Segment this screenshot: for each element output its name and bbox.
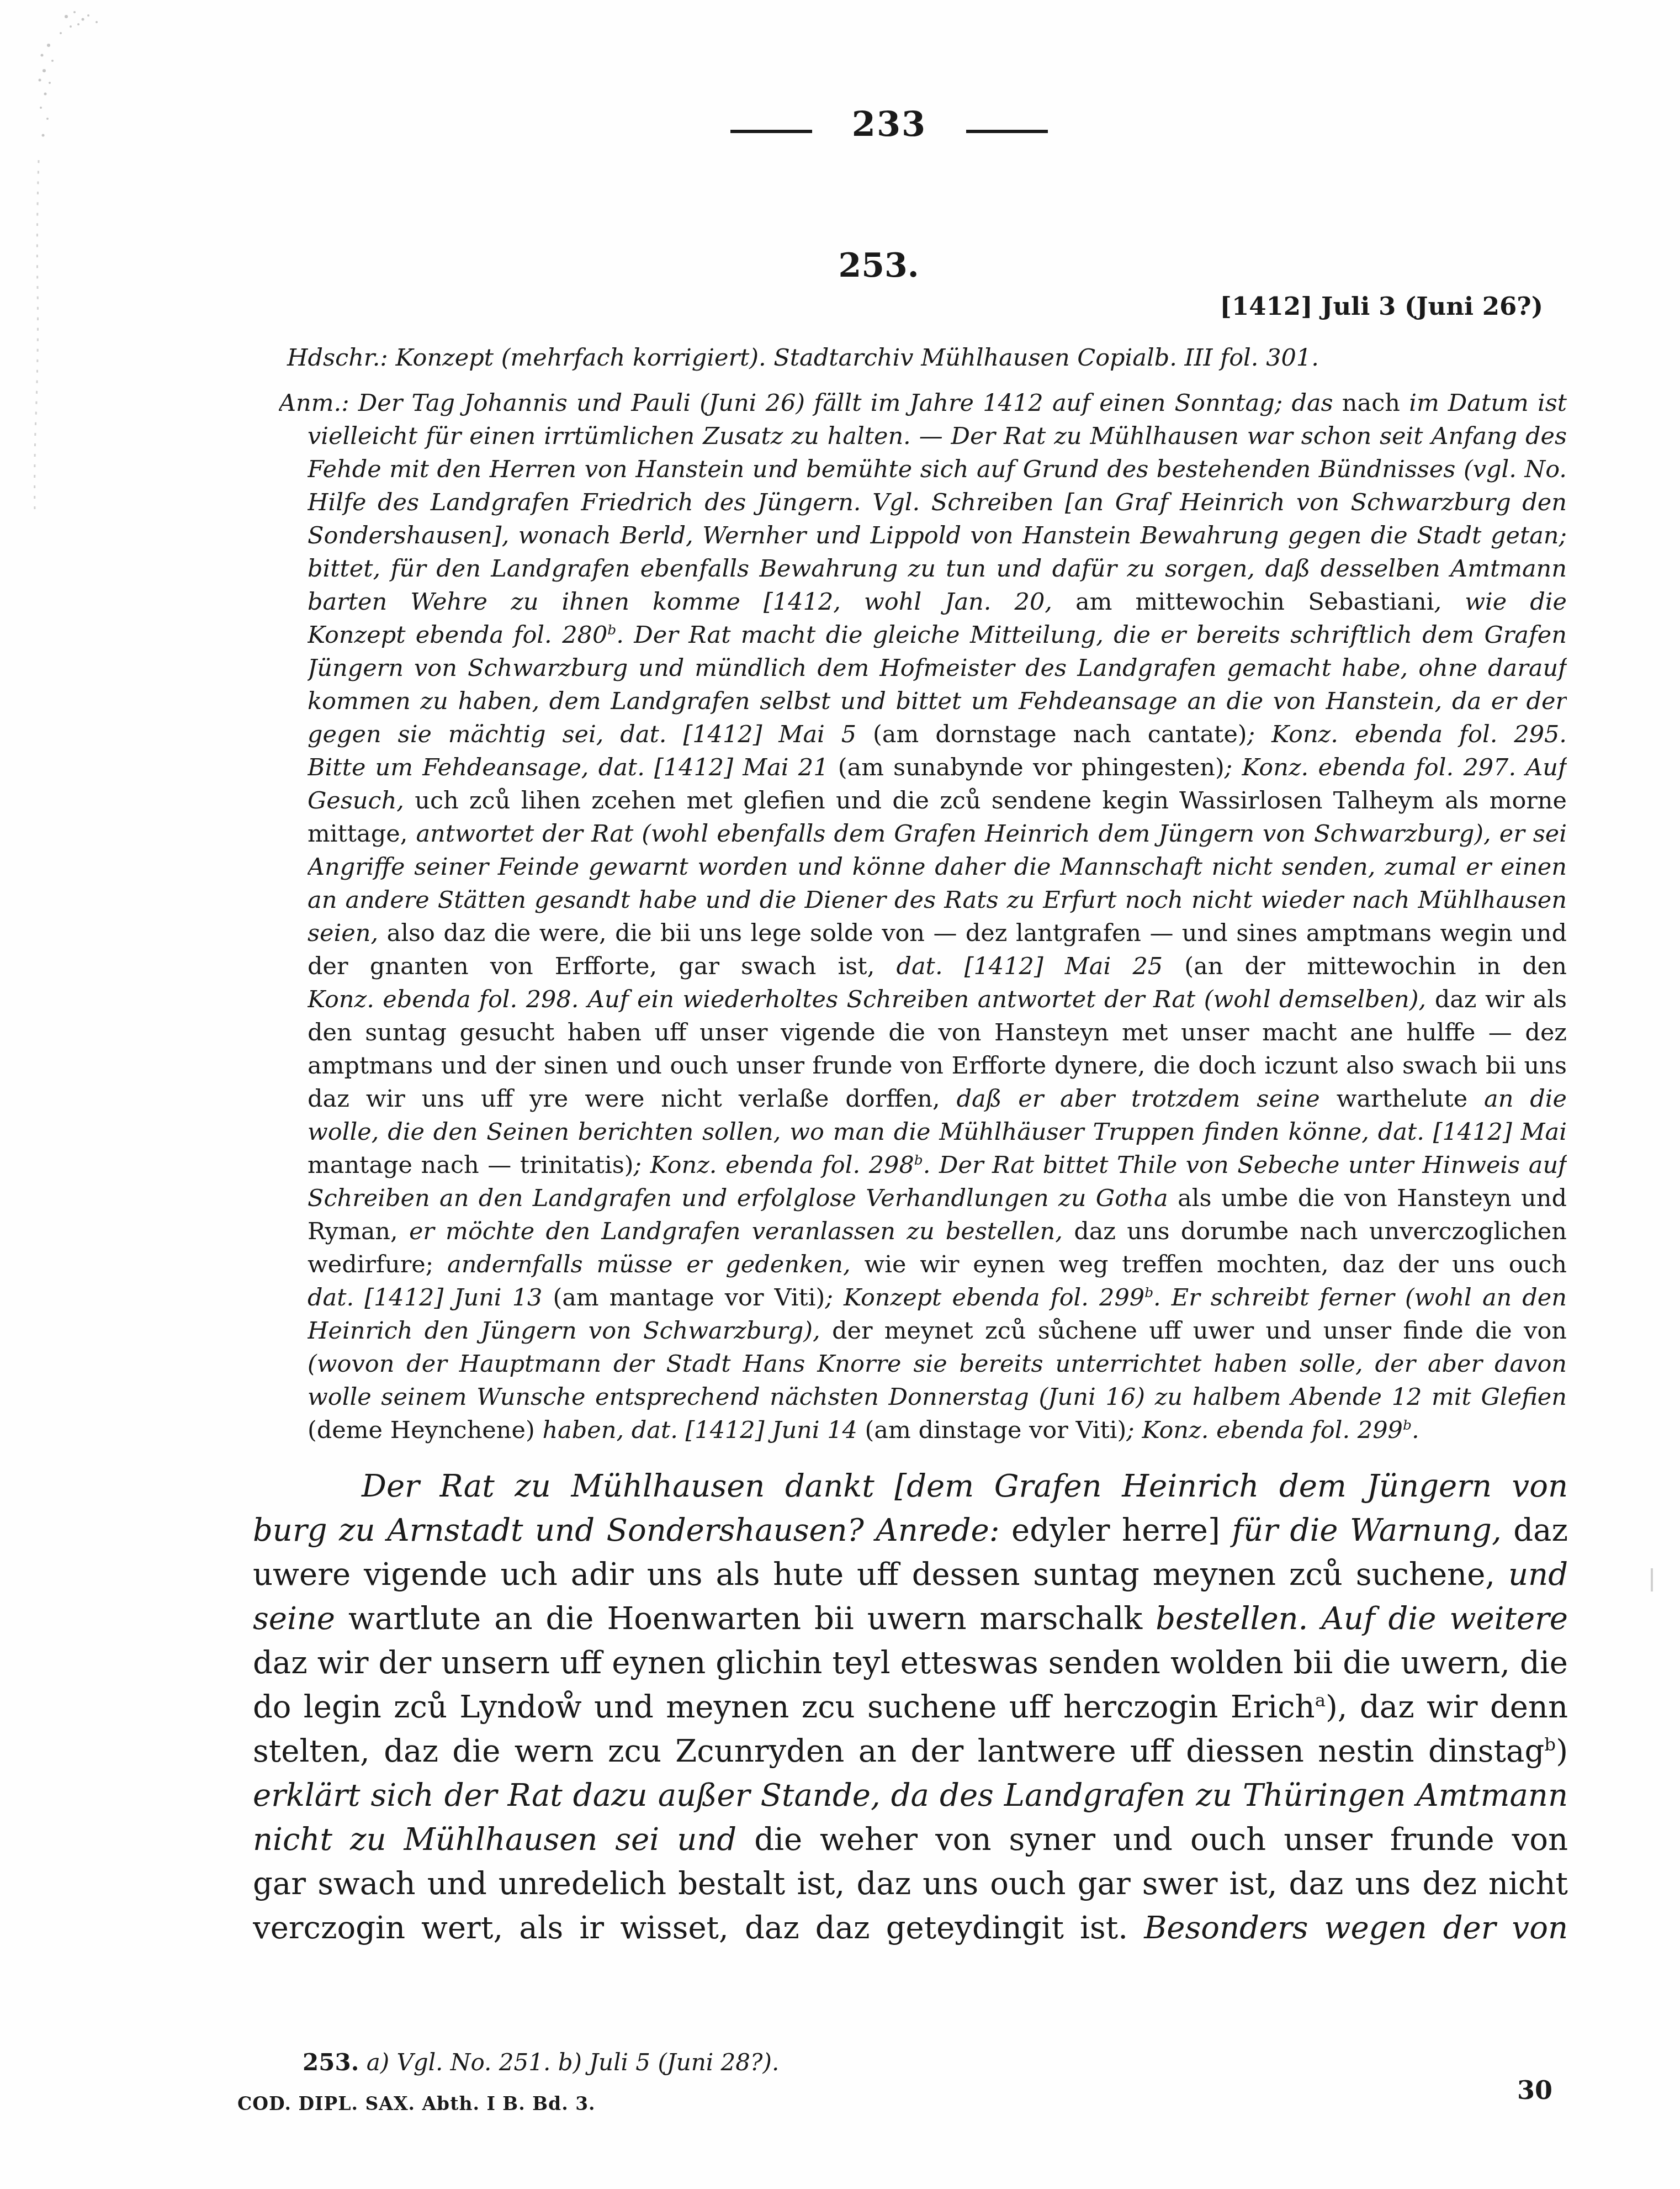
text-segment: b [914,1152,923,1168]
letter-text-line: nicht zu Mühlhausen sei und die weher vo… [253,1818,1568,1862]
text-segment: Angriffe seiner Feinde gewarnt worden un… [308,853,1567,884]
series-imprint: COD. DIPL. SAX. Abth. I B. Bd. 3. [237,2093,596,2114]
text-segment: ; Konz. ebenda fol. 299 [1126,1416,1403,1444]
text-segment: stelten, daz die wern zcu Zcunryden an d… [253,1733,1544,1769]
annotation-line: 10barten Wehre zu ihnen komme [1412, woh… [308,585,1567,618]
text-segment: (am mantage vor Viti) [553,1284,825,1312]
hdschr-line: Hdschr.: Konzept (mehrfach korrigiert). … [287,342,1573,373]
text-segment: also daz die were, die bii uns lege sold… [308,919,1567,950]
text-segment: für die Warnung, [1220,1513,1513,1548]
annotation-line: der gnanten von Erfforte, gar swach ist,… [308,950,1567,983]
text-segment: mantage nach — trinitatis) [308,1151,634,1179]
annotation-line: 5vielleicht für einen irrtümlichen Zusat… [308,420,1567,453]
annotation-line: wolle seinem Wunsche entsprechend nächst… [308,1381,1567,1414]
text-segment: dat. [1412] Mai 25 [896,953,1184,980]
annotation-line: Gesuch, uch zců lihen zcehen met glefien… [308,784,1567,817]
annotation-line: Ryman, er möchte den Landgrafen veranlas… [308,1215,1567,1248]
letter-text-line: stelten, daz die wern zcu Zcunryden an d… [253,1730,1568,1774]
text-segment: a) Vgl. No. 251. b) Juli 5 (Juni 28?). [359,2049,779,2076]
annotation-line: dat. [1412] Juni 13 (am mantage vor Viti… [308,1281,1567,1314]
text-segment: ; Konz. ebenda fol. 298 [634,1151,914,1179]
text-segment: antwortet der Rat (wohl ebenfalls dem Gr… [308,820,1567,850]
text-segment: Gesuch, [308,787,415,815]
text-segment: . [1412,1416,1419,1444]
letter-text-line: Der Rat zu Mühlhausen dankt [dem Grafen … [253,1464,1568,1509]
text-segment: er möchte den Landgrafen veranlassen zu … [409,1218,1074,1245]
document-date: [1412] Juli 3 (Juni 26?) [1220,292,1543,321]
text-segment: bittet, für den Landgrafen ebenfalls Bew… [308,555,1567,585]
letter-text-line: 40daz wir der unsern uff eynen glichin t… [253,1641,1568,1685]
text-segment: daß er aber trotzdem seine [957,1085,1337,1113]
letter-text-block: Der Rat zu Mühlhausen dankt [dem Grafen … [253,1464,1568,1950]
scanned-book-page: 233 253. [1412] Juli 3 (Juni 26?) Hdschr… [0,0,1680,2189]
text-segment: (wovon der Hauptmann der Stadt Hans Knor… [308,1350,1567,1381]
annotation-line: Angriffe seiner Feinde gewarnt worden un… [308,850,1567,884]
text-segment: andernfalls müsse er gedenken, [447,1251,865,1278]
annotation-line: Sondershausen], wonach Berld, Wernher un… [308,519,1567,552]
text-segment: kommen zu haben, dem Landgrafen selbst u… [308,688,1567,718]
text-segment: b [607,622,616,638]
head-rule-left [730,130,812,133]
text-segment: Ryman, [308,1218,409,1245]
text-segment: Konzept ebenda fol. 280 [308,621,607,649]
text-segment: Jüngern von Schwarzburg und mündlich dem… [308,654,1567,685]
text-segment: (am dornstage nach cantate) [873,721,1247,748]
text-segment: b [1144,1284,1153,1300]
sheet-number: 30 [1517,2075,1552,2105]
annotation-line: gegen sie mächtig sei, dat. [1412] Mai 5… [308,718,1567,751]
text-segment: erklärt sich der Rat dazu außer Stande, … [253,1778,1568,1818]
text-segment: (am sunabynde vor phingesten) [838,754,1225,781]
annotation-line: Konzept ebenda fol. 280b. Der Rat macht … [308,618,1567,652]
text-segment: Schreiben an den Landgrafen und erfolglo… [308,1185,1178,1212]
annotation-line: 30wedirfure; andernfalls müsse er gedenk… [308,1248,1567,1281]
letter-text-line: 45gar swach und unredelich bestalt ist, … [253,1862,1568,1906]
letter-text-line: erklärt sich der Rat dazu außer Stande, … [253,1774,1568,1818]
text-segment: an die [1484,1085,1567,1113]
text-segment: nach [1342,389,1400,417]
letter-text-line: do legin zců Lyndoẘ und meynen zcu suche… [253,1685,1568,1730]
annotation-line: wolle, die den Seinen berichten sollen, … [308,1115,1567,1149]
annotation-line: Fehde mit den Herren von Hanstein und be… [308,453,1567,486]
text-segment: seien, [308,919,387,947]
text-segment: vielleicht für einen irrtümlichen Zusatz… [308,422,1567,453]
text-segment: Bitte um Fehdeansage, dat. [1412] Mai 21 [308,754,838,781]
text-segment: mittage, [308,820,416,848]
text-segment: b [1544,1734,1556,1755]
text-segment: burg zu Arnstadt und Sondershausen? Anre… [253,1513,1011,1548]
letter-text-line: uwere vigende uch adir uns als hute uff … [253,1553,1568,1597]
text-segment: wartlute an die Hoenwarten bii uwern mar… [348,1601,1156,1637]
annotation-line: an andere Stätten gesandt habe und die D… [308,884,1567,917]
text-segment: Fehde mit den Herren von Hanstein und be… [308,456,1567,486]
text-segment: amptmans und der sinen und ouch unser fr… [308,1052,1567,1082]
text-segment: daz [1513,1513,1568,1548]
text-segment: den suntag gesucht haben uff unser vigen… [308,1019,1567,1049]
text-segment: wolle, die den Seinen berichten sollen, … [308,1118,1567,1149]
annotation-line: Heinrich den Jüngern von Schwarzburg), d… [308,1314,1567,1347]
text-segment: gar swach und unredelich bestalt ist, da… [253,1866,1568,1906]
letter-text-line: seine wartlute an die Hoenwarten bii uwe… [253,1597,1568,1641]
annotation-line: 20seien, also daz die were, die bii uns … [308,917,1567,950]
text-segment: Hilfe des Landgrafen Friedrich des Jünge… [308,489,1567,519]
page-number-233: 233 [852,104,926,144]
annotation-line: (wovon der Hauptmann der Stadt Hans Knor… [308,1347,1567,1381]
text-segment: do legin zců Lyndoẘ und meynen zcu suche… [253,1689,1315,1725]
text-segment: dat. [1412] Juni 13 [308,1284,553,1312]
text-segment: seine [253,1601,348,1637]
annotation-line: Jüngern von Schwarzburg und mündlich dem… [308,652,1567,685]
text-segment: der gnanten von Erfforte, gar swach ist, [308,953,896,980]
text-segment: (deme Heynchene) [308,1416,542,1444]
text-segment: barten Wehre zu ihnen komme [1412, wohl … [308,588,1075,616]
annotation-line: mittage, antwortet der Rat (wohl ebenfal… [308,817,1567,850]
text-segment: Konz. ebenda fol. 298. Auf ein wiederhol… [308,986,1435,1013]
text-segment: wedirfure; [308,1251,447,1278]
annotation-line: 15Bitte um Fehdeansage, dat. [1412] Mai … [308,751,1567,784]
text-segment: gegen sie mächtig sei, dat. [1412] Mai 5 [308,721,873,748]
text-segment: uwere vigende uch adir uns als hute uff … [253,1557,1508,1593]
text-segment: Anm.: Der Tag Johannis und Pauli (Juni 2… [279,389,1342,417]
annotation-line: mantage nach — trinitatis); Konz. ebenda… [308,1149,1567,1182]
text-segment: wolle seinem Wunsche entsprechend nächst… [308,1383,1567,1414]
annotation-line: den suntag gesucht haben uff unser vigen… [308,1016,1567,1049]
text-segment: nicht zu Mühlhausen sei und [253,1822,754,1858]
annotation-line: 25daz wir uns uff yre were nicht verlaße… [308,1082,1567,1115]
annotation-line: Anm.: Der Tag Johannis und Pauli (Juni 2… [279,387,1567,420]
document-number: 253. [0,246,1680,285]
text-segment: daz wir uns uff yre were nicht verlaße d… [308,1085,957,1113]
annotation-line: Konz. ebenda fol. 298. Auf ein wiederhol… [308,983,1567,1016]
text-segment: ; Konzept ebenda fol. 299 [825,1284,1144,1312]
letter-text-line: burg zu Arnstadt und Sondershausen? Anre… [253,1509,1568,1553]
text-segment: Der Rat zu Mühlhausen dankt [dem Grafen … [253,1468,1568,1509]
annotation-block: Anm.: Der Tag Johannis und Pauli (Juni 2… [253,387,1567,1447]
edge-scratch-artifact [1651,1568,1653,1591]
text-segment: 253. [303,2049,359,2076]
text-segment: uch zců lihen zcehen met glefien und die… [308,787,1567,817]
text-segment: am mittewochin Sebastiani [1075,588,1434,616]
annotation-line: bittet, für den Landgrafen ebenfalls Bew… [308,552,1567,585]
text-segment: Sondershausen], wonach Berld, Wernher un… [308,522,1567,552]
annotation-line: kommen zu haben, dem Landgrafen selbst u… [308,685,1567,718]
text-segment: an andere Stätten gesandt habe und die D… [308,886,1567,917]
letter-text-line: verczogin wert, als ir wisset, daz daz g… [253,1906,1568,1950]
running-head: 233 [0,104,1680,144]
text-segment: edyler herre] [1011,1513,1220,1548]
annotation-line: amptmans und der sinen und ouch unser fr… [308,1049,1567,1082]
text-segment: b [1403,1417,1412,1433]
footnote-line: 253. a) Vgl. No. 251. b) Juli 5 (Juni 28… [303,2049,779,2076]
annotation-line: 35(deme Heynchene) haben, dat. [1412] Ju… [308,1414,1567,1447]
text-segment: a [1315,1690,1326,1711]
text-segment: (am dinstage vor Viti) [865,1416,1127,1444]
text-segment: daz wir der unsern uff eynen glichin tey… [253,1645,1568,1681]
annotation-line: Schreiben an den Landgrafen und erfolglo… [308,1182,1567,1215]
text-segment: haben, dat. [1412] Juni 14 [542,1416,865,1444]
text-segment: Heinrich den Jüngern von Schwarzburg), [308,1317,832,1345]
text-segment: warthelute [1337,1085,1484,1113]
text-segment: verczogin wert, als ir wisset, daz daz g… [253,1910,1144,1946]
annotation-line: Hilfe des Landgrafen Friedrich des Jünge… [308,486,1567,519]
head-rule-right [966,130,1048,133]
